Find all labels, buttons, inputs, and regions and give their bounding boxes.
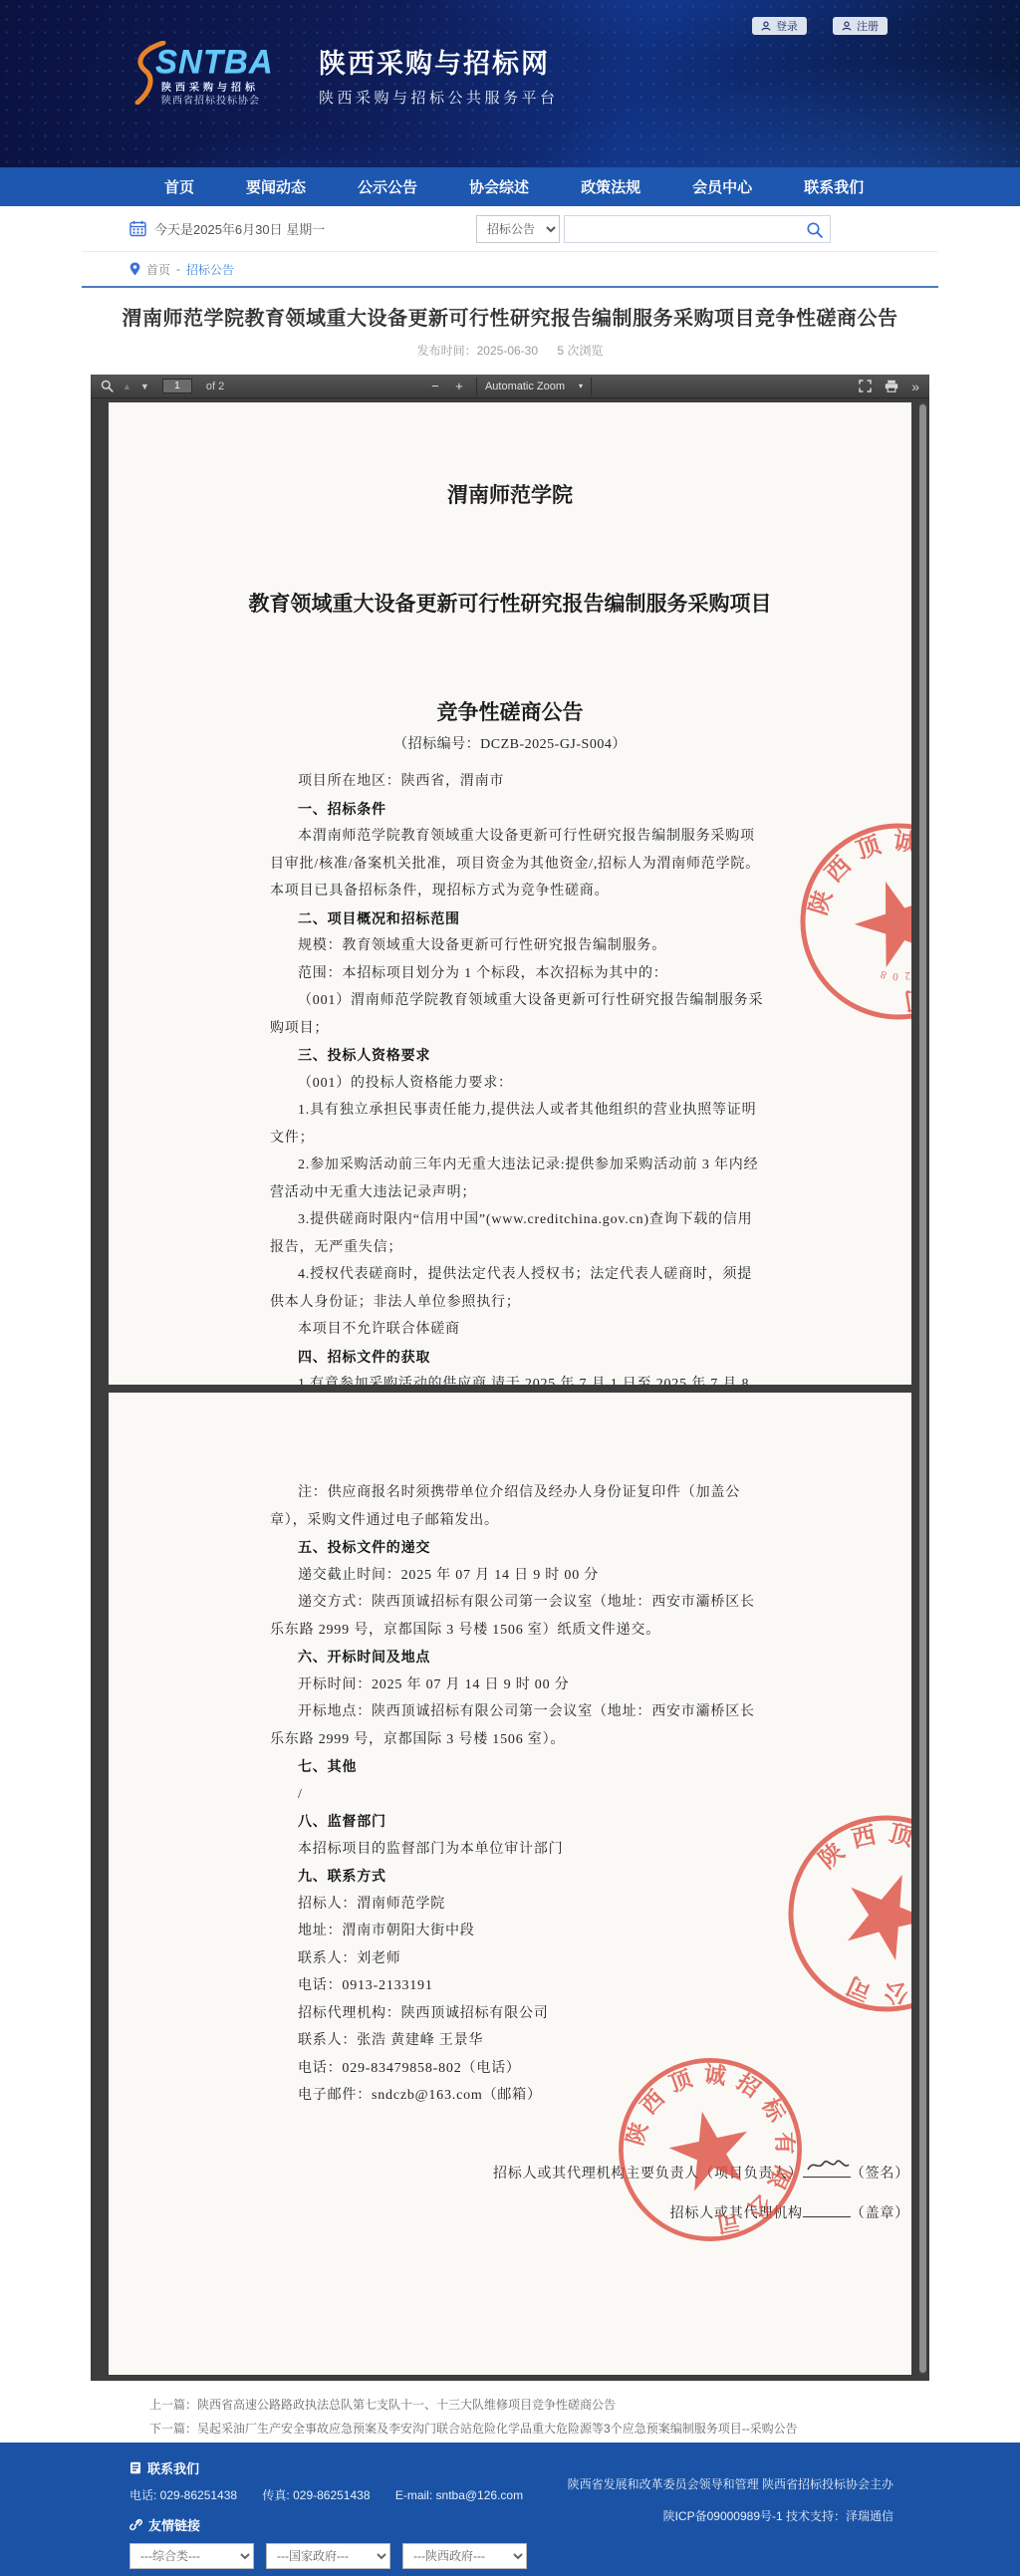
friend-links-select-general[interactable]: ---综合类--- xyxy=(129,2543,254,2569)
signature-line-2: 招标人或其代理机构（盖章） xyxy=(109,2194,909,2234)
nav-item-notices[interactable]: 公示公告 xyxy=(358,176,417,197)
location-pin-icon xyxy=(129,262,140,276)
footer-links-heading: 友情链接 xyxy=(129,2515,545,2534)
document-page-2: 注：供应商报名时须携带单位介绍信及经办人身份证复印件（加盖公章），采购文件通过电… xyxy=(109,1393,911,2375)
doc-heading: 四、招标文件的获取 xyxy=(270,1344,766,1372)
chevron-down-icon: ▾ xyxy=(579,382,583,390)
doc-paragraph: 开标时间：2025 年 07 月 14 日 9 时 00 分 xyxy=(270,1672,766,1699)
logo-cn-line2: 陕西省招标投标协会 xyxy=(161,92,260,107)
doc-paragraph: 4.授权代表磋商时，提供法定代表人授权书；法定代表人磋商时，须提供本人身份证；非… xyxy=(270,1261,766,1316)
pdf-toolbar: ▲ ▼ of 2 − + Automatic Zoom ▾ xyxy=(91,375,929,398)
zoom-in-button[interactable]: + xyxy=(452,379,466,393)
doc-paragraph: 联系人：刘老师 xyxy=(270,1945,766,1973)
footer-icp-line: 陕ICP备09000989号-1 技术支持：泽瑞通信 xyxy=(568,2507,893,2524)
site-logo[interactable]: SNTBA 陕西采购与招标 陕西省招标投标协会 陕西采购与招标网 陕西采购与招标… xyxy=(137,42,559,108)
doc-heading: 八、监督部门 xyxy=(270,1808,766,1836)
doc-paragraph: 招标人：渭南师范学院 xyxy=(270,1891,766,1919)
toolbar-more-icon[interactable]: » xyxy=(911,380,919,393)
nav-item-association[interactable]: 协会综述 xyxy=(469,176,529,197)
doc-paragraph: 本渭南师范学院教育领域重大设备更新可行性研究报告编制服务采购项目审批/核准/备案… xyxy=(270,823,766,905)
user-icon xyxy=(761,21,771,31)
signature-line-1: 招标人或其代理机构主要负责人（项目负责人）（签名） xyxy=(109,2155,909,2194)
doc-title-line1: 渭南师范学院 xyxy=(109,480,911,511)
doc-paragraph: 递交方式：陕西顶诚招标有限公司第一会议室（地址：西安市灞桥区长乐东路 2999 … xyxy=(270,1589,766,1644)
find-icon[interactable] xyxy=(101,380,114,392)
register-label: 注册 xyxy=(857,18,879,34)
register-button[interactable]: 注册 xyxy=(833,17,888,35)
doc-heading: 九、联系方式 xyxy=(270,1863,766,1891)
nav-item-policies[interactable]: 政策法规 xyxy=(581,176,640,197)
doc-paragraph: 本项目不允许联合体磋商 xyxy=(270,1316,766,1344)
next-post-label: 下一篇： xyxy=(149,2422,197,2436)
footer-authority-line: 陕西省发展和改革委员会领导和管理 陕西省招标投标协会主办 xyxy=(568,2475,893,2492)
doc-paragraph: 规模：教育领域重大设备更新可行性研究报告编制服务。 xyxy=(270,932,766,960)
doc-heading: 七、其他 xyxy=(270,1753,766,1781)
user-icon xyxy=(842,21,852,31)
page-count-label: of 2 xyxy=(206,381,224,392)
doc-reference-number: （招标编号：DCZB-2025-GJ-S004） xyxy=(109,730,911,760)
doc-page1-body: 项目所在地区：陕西省，渭南市一、招标条件本渭南师范学院教育领域重大设备更新可行性… xyxy=(109,760,911,1385)
footer-contact-heading: 联系我们 xyxy=(129,2458,545,2477)
doc-heading: 五、投标文件的递交 xyxy=(270,1534,766,1562)
doc-title-line2: 教育领域重大设备更新可行性研究报告编制服务采购项目 xyxy=(109,589,911,620)
doc-paragraph: 3.提供磋商时限内“信用中国”(www.creditchina.gov.cn)查… xyxy=(270,1206,766,1261)
doc-paragraph: 范围：本招标项目划分为 1 个标段，本次招标为其中的： xyxy=(270,960,766,988)
doc-paragraph: 项目所在地区：陕西省，渭南市 xyxy=(270,768,766,796)
pdf-viewer: ▲ ▼ of 2 − + Automatic Zoom ▾ xyxy=(91,375,929,2381)
breadcrumb-home[interactable]: 首页 xyxy=(146,261,170,278)
page-up-icon[interactable]: ▲ xyxy=(123,382,131,391)
publish-date: 发布时间：2025-06-30 xyxy=(417,344,538,358)
page-title: 渭南师范学院教育领域重大设备更新可行性研究报告编制服务采购项目竞争性磋商公告 xyxy=(82,302,938,331)
next-post-link[interactable]: 吴起采油厂生产安全事故应急预案及李安沟门联合站危险化学品重大危险源等3个应急预案… xyxy=(197,2422,798,2436)
search-input[interactable] xyxy=(565,216,830,242)
doc-paragraph: 递交截止时间：2025 年 07 月 14 日 9 时 00 分 xyxy=(270,1562,766,1590)
nav-item-members[interactable]: 会员中心 xyxy=(692,176,752,197)
document-page-1: 渭南师范学院 教育领域重大设备更新可行性研究报告编制服务采购项目 竞争性磋商公告… xyxy=(109,402,911,1385)
doc-paragraph: / xyxy=(270,1781,766,1809)
search-box xyxy=(564,215,831,243)
nav-item-contact[interactable]: 联系我们 xyxy=(804,176,864,197)
print-icon[interactable] xyxy=(885,380,898,392)
breadcrumb-current[interactable]: 招标公告 xyxy=(186,261,234,278)
doc-heading: 二、项目概况和招标范围 xyxy=(270,905,766,933)
doc-page2-body: 注：供应商报名时须携带单位介绍信及经办人身份证复印件（加盖公章），采购文件通过电… xyxy=(109,1393,911,2110)
doc-title-line3: 竞争性磋商公告 xyxy=(109,697,911,728)
prev-post-link[interactable]: 陕西省高速公路路政执法总队第七支队十一、十三大队维修项目竞争性磋商公告 xyxy=(197,2398,616,2412)
calendar-icon xyxy=(129,220,146,237)
doc-paragraph: 招标代理机构：陕西顶诚招标有限公司 xyxy=(270,2000,766,2028)
main-nav: 首页 要闻动态 公示公告 协会综述 政策法规 会员中心 联系我们 xyxy=(0,167,1020,206)
login-button[interactable]: 登录 xyxy=(752,17,807,35)
signature-block: 招标人或其代理机构主要负责人（项目负责人）（签名） 招标人或其代理机构（盖章） xyxy=(109,2155,911,2234)
doc-paragraph: 本招标项目的监督部门为本单位审计部门 xyxy=(270,1836,766,1864)
pdf-canvas-area: 渭南师范学院 教育领域重大设备更新可行性研究报告编制服务采购项目 竞争性磋商公告… xyxy=(91,398,929,2381)
doc-heading: 三、投标人资格要求 xyxy=(270,1042,766,1070)
site-footer: 联系我们 电话: 029-86251438 传真: 029-86251438 E… xyxy=(0,2443,1020,2576)
friend-links-select-shaanxi[interactable]: ---陕西政府--- xyxy=(402,2543,527,2569)
breadcrumb-separator: - xyxy=(176,262,180,276)
info-search-bar: 今天是2025年6月30日 星期一 招标公告 xyxy=(82,206,938,252)
nav-item-home[interactable]: 首页 xyxy=(164,176,194,197)
prev-post-row: 上一篇：陕西省高速公路路政执法总队第七支队十一、十三大队维修项目竞争性磋商公告 xyxy=(149,2393,938,2417)
doc-heading: 六、开标时间及地点 xyxy=(270,1644,766,1672)
footer-email: E-mail: sntba@126.com xyxy=(395,2488,523,2502)
search-icon[interactable] xyxy=(806,221,824,239)
footer-contact-line: 电话: 029-86251438 传真: 029-86251438 E-mail… xyxy=(129,2486,545,2503)
site-subtitle: 陕西采购与招标公共服务平台 xyxy=(319,87,559,108)
doc-paragraph: 注：供应商报名时须携带单位介绍信及经办人身份证复印件（加盖公章），采购文件通过电… xyxy=(270,1479,766,1534)
login-label: 登录 xyxy=(776,18,798,34)
doc-paragraph: 电子邮件：sndczb@163.com（邮箱） xyxy=(270,2082,766,2110)
friend-links-select-national[interactable]: ---国家政府--- xyxy=(266,2543,390,2569)
prev-post-label: 上一篇： xyxy=(149,2398,197,2412)
zoom-level-label: Automatic Zoom xyxy=(485,381,565,392)
doc-paragraph: 1.有意参加采购活动的供应商,请于 2025 年 7 月 1 日至 2025 年… xyxy=(270,1371,766,1385)
doc-paragraph: 开标地点：陕西顶诚招标有限公司第一会议室（地址：西安市灞桥区长乐东路 2999 … xyxy=(270,1698,766,1753)
presentation-mode-icon[interactable] xyxy=(859,380,872,392)
today-date-text: 今天是2025年6月30日 星期一 xyxy=(154,219,325,238)
doc-heading: 一、招标条件 xyxy=(270,796,766,824)
doc-paragraph: 地址：渭南市朝阳大街中段 xyxy=(270,1918,766,1945)
doc-paragraph: （001）的投标人资格能力要求： xyxy=(270,1070,766,1098)
doc-paragraph: （001）渭南师范学院教育领域重大设备更新可行性研究报告编制服务采购项目； xyxy=(270,987,766,1042)
contact-card-icon xyxy=(129,2461,141,2474)
pdf-scrollbar xyxy=(919,402,926,2375)
doc-paragraph: 电话：029-83479858-802（电话） xyxy=(270,2055,766,2083)
zoom-select[interactable]: Automatic Zoom ▾ xyxy=(476,378,592,395)
footer-phone: 电话: 029-86251438 xyxy=(129,2488,237,2502)
page-number-input[interactable] xyxy=(162,379,192,393)
doc-paragraph: 联系人：张浩 黄建峰 王景华 xyxy=(270,2027,766,2055)
signature-scribble xyxy=(803,2165,851,2178)
zoom-out-button[interactable]: − xyxy=(428,379,442,393)
site-title: 陕西采购与招标网 xyxy=(319,42,559,81)
next-post-row: 下一篇：吴起采油厂生产安全事故应急预案及李安沟门联合站危险化学品重大危险源等3个… xyxy=(149,2417,938,2441)
site-header: 登录 注册 SNTBA 陕西采购与招标 陕西省招标投标协会 陕西采购与招标网 陕… xyxy=(0,0,1020,167)
page-down-icon[interactable]: ▼ xyxy=(140,382,149,391)
logo-acronym: SNTBA xyxy=(155,43,274,81)
breadcrumb: 首页 - 招标公告 xyxy=(82,252,938,288)
doc-paragraph: 电话：0913-2133191 xyxy=(270,1972,766,2000)
search-category-select[interactable]: 招标公告 xyxy=(476,215,560,243)
article-meta: 发布时间：2025-06-30 5 次浏览 xyxy=(82,342,938,359)
nav-item-news[interactable]: 要闻动态 xyxy=(246,176,306,197)
pdf-scrollbar-thumb[interactable] xyxy=(919,404,926,2373)
footer-fax: 传真: 029-86251438 xyxy=(262,2488,370,2502)
doc-paragraph: 1.具有独立承担民事责任能力,提供法人或者其他组织的营业执照等证明文件； xyxy=(270,1097,766,1152)
view-count: 5 次浏览 xyxy=(557,344,603,358)
doc-paragraph: 2.参加采购活动前三年内无重大违法记录:提供参加采购活动前 3 年内经营活动中无… xyxy=(270,1152,766,1206)
link-chain-icon xyxy=(129,2518,142,2531)
post-navigation: 上一篇：陕西省高速公路路政执法总队第七支队十一、十三大队维修项目竞争性磋商公告 … xyxy=(82,2393,938,2441)
